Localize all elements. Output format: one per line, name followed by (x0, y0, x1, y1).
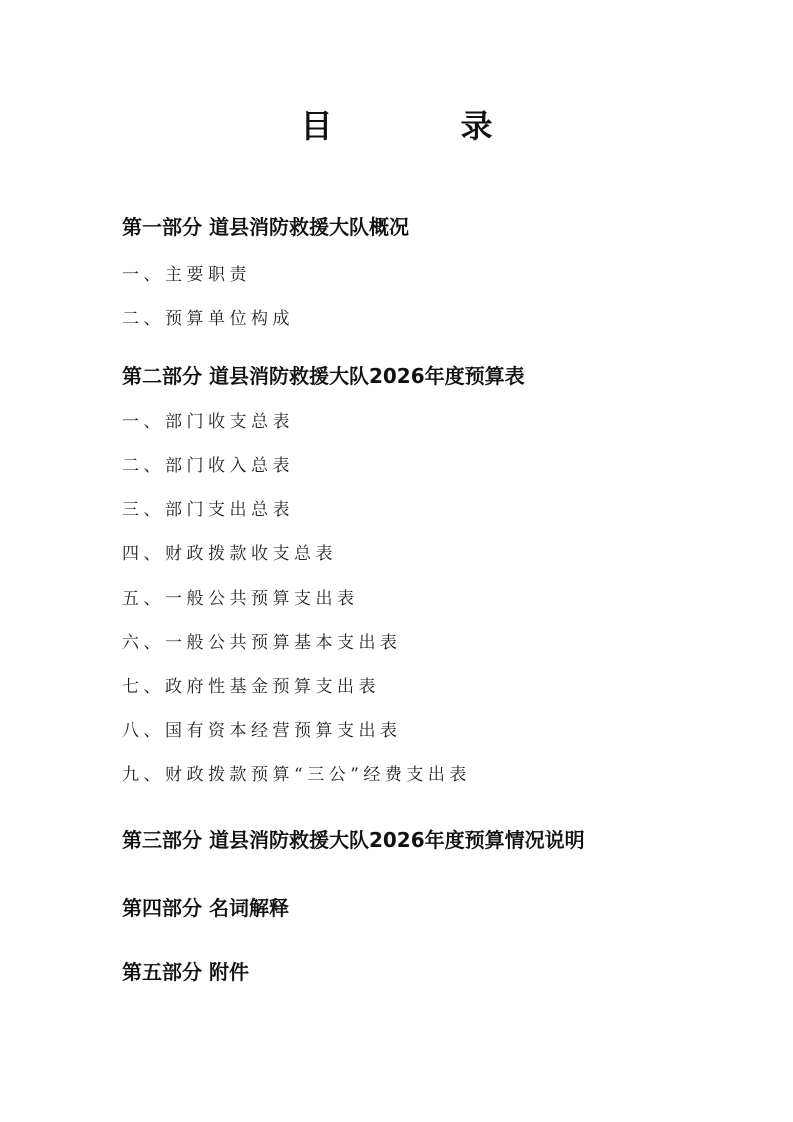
toc-item-1-2[interactable]: 二、预算单位构成 (122, 307, 294, 331)
toc-part-4[interactable]: 第四部分 名词解释 (122, 894, 289, 922)
toc-item-2-2[interactable]: 二、部门收入总表 (122, 454, 294, 478)
toc-part-5[interactable]: 第五部分 附件 (122, 958, 249, 986)
toc-page: 目 录 第一部分 道县消防救援大队概况 一、主要职责 二、预算单位构成 第二部分… (0, 0, 793, 1122)
toc-item-2-7[interactable]: 七、政府性基金预算支出表 (122, 675, 380, 699)
toc-item-2-5[interactable]: 五、一般公共预算支出表 (122, 587, 359, 611)
toc-part-1[interactable]: 第一部分 道县消防救援大队概况 (122, 213, 409, 241)
toc-item-2-1[interactable]: 一、部门收支总表 (122, 410, 294, 434)
toc-part-2[interactable]: 第二部分 道县消防救援大队2026年度预算表 (122, 362, 525, 390)
toc-item-2-4[interactable]: 四、财政拨款收支总表 (122, 542, 337, 566)
toc-item-2-6[interactable]: 六、一般公共预算基本支出表 (122, 631, 402, 655)
toc-item-2-9[interactable]: 九、财政拨款预算“三公”经费支出表 (122, 763, 471, 787)
toc-item-2-3[interactable]: 三、部门支出总表 (122, 498, 294, 522)
toc-part-3[interactable]: 第三部分 道县消防救援大队2026年度预算情况说明 (122, 826, 585, 854)
toc-item-2-8[interactable]: 八、国有资本经营预算支出表 (122, 719, 402, 743)
page-title: 目 录 (0, 104, 793, 148)
toc-item-1-1[interactable]: 一、主要职责 (122, 263, 251, 287)
